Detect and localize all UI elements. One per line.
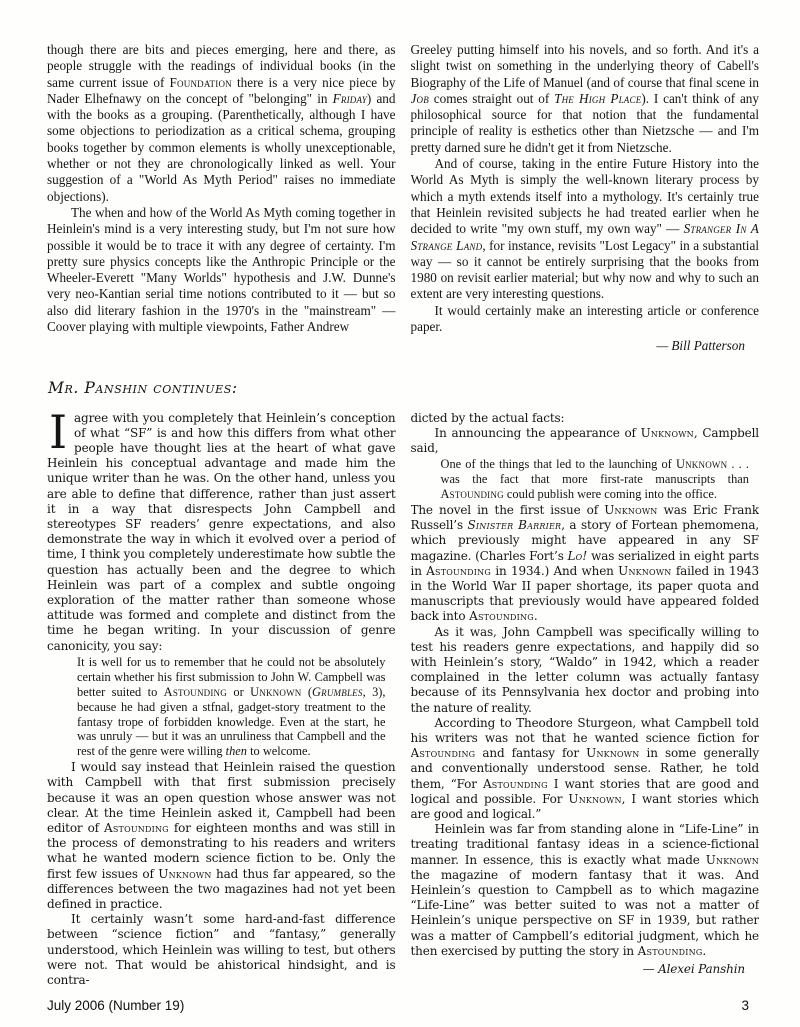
text-run: One of the things that led to the launch… [441,457,676,471]
styled-text: Astounding [483,777,548,791]
text-run: The when and how of the World As Myth co… [47,205,396,334]
blockquote: One of the things that led to the launch… [441,457,750,502]
footer-issue-date: July 2006 (Number 19) [47,998,184,1013]
paragraph: According to Theodore Sturgeon, what Cam… [411,716,760,822]
styled-text: Astounding [426,564,491,578]
bottom-section: Iagree with you completely that Heinlein… [47,411,759,1025]
styled-text: Unknown [706,853,759,867]
top-section: though there are bits and pieces emergin… [47,42,759,355]
text-run: In announcing the appearance of [435,426,641,440]
top-left-column: though there are bits and pieces emergin… [47,42,396,355]
text-run: According to Theodore Sturgeon, what Cam… [411,716,760,745]
text-run: and fantasy for [475,746,586,760]
text-run: It would certainly make an interesting a… [411,303,760,334]
text-run: . [702,944,706,958]
page-number: 3 [741,998,759,1013]
signature: — Bill Patterson [411,338,760,354]
styled-text: Unknown [586,746,639,760]
text-run: the magazine of modern fantasy that it w… [411,868,760,958]
styled-text: Astounding [441,487,504,501]
text-run: ) and with the books as a grouping. (Par… [47,91,396,204]
bottom-left-column: Iagree with you completely that Heinlein… [47,411,396,1025]
paragraph: As it was, John Campbell was specificall… [411,625,760,716]
paragraph: Heinlein was far from standing alone in … [411,822,760,959]
paragraph: It certainly wasn’t some hard-and-fast d… [47,912,396,988]
styled-text: Astounding [469,609,534,623]
text-run: — Bill Patterson [656,338,745,353]
styled-text: then [226,744,247,758]
top-right-column: Greeley putting himself into his novels,… [411,42,760,355]
styled-text: The High Place [554,91,641,106]
text-run: dicted by the actual facts: [411,411,565,425]
styled-text: Unknown [641,426,694,440]
paragraph: though there are bits and pieces emergin… [47,42,396,205]
styled-text: Unknown [676,457,727,471]
styled-text: Friday [333,91,367,106]
styled-text: Unknown [618,564,671,578]
styled-text: Unknown [250,685,301,699]
text-run: As it was, John Campbell was specificall… [411,625,760,715]
styled-text: Job [411,91,429,106]
text-run: comes straight out of [429,91,554,106]
paragraph: It would certainly make an interesting a… [411,303,760,336]
styled-text: Unknown [158,867,211,881]
text-run: to welcome. [247,744,311,758]
styled-text: Sinister Barrier [468,518,562,532]
paragraph: And of course, taking in the entire Futu… [411,156,760,303]
section-heading: Mr. Panshin continues: [48,379,759,397]
paragraph: In announcing the appearance of Unknown,… [411,426,760,456]
styled-text: Lo! [567,549,587,563]
paragraph: The novel in the first issue of Unknown … [411,503,760,625]
styled-text: Astounding [638,944,703,958]
text-run: It certainly wasn’t some hard-and-fast d… [47,912,396,987]
styled-text: Astounding [104,821,169,835]
bottom-right-column: dicted by the actual facts:In announcing… [411,411,760,1025]
text-run: or [227,685,250,699]
signature: — Alexei Panshin [411,962,760,977]
document-page: though there are bits and pieces emergin… [0,0,800,1027]
paragraph: Iagree with you completely that Heinlein… [47,411,396,654]
styled-text: Grumbles [312,685,363,699]
styled-text: Astounding [411,746,476,760]
text-run: in 1934.) And when [491,564,618,578]
paragraph: Greeley putting himself into his novels,… [411,42,760,156]
text-run: The novel in the first issue of [411,503,605,517]
paragraph: dicted by the actual facts: [411,411,760,426]
blockquote: It is well for us to remember that he co… [77,655,386,759]
paragraph: The when and how of the World As Myth co… [47,205,396,335]
dropcap-letter: I [47,411,74,451]
styled-text: Foundation [170,75,232,90]
text-run: — Alexei Panshin [643,962,745,976]
text-run: ( [301,685,312,699]
text-run: could publish were coming into the offic… [504,487,717,501]
page-footer: July 2006 (Number 19) 3 [47,998,759,1013]
text-run: agree with you completely that Heinlein’… [47,411,396,653]
styled-text: Unknown [568,792,621,806]
styled-text: Unknown [604,503,657,517]
styled-text: Astounding [164,685,227,699]
text-run: Greeley putting himself into his novels,… [411,42,760,90]
paragraph: I would say instead that Heinlein raised… [47,760,396,912]
text-run: . [534,609,538,623]
